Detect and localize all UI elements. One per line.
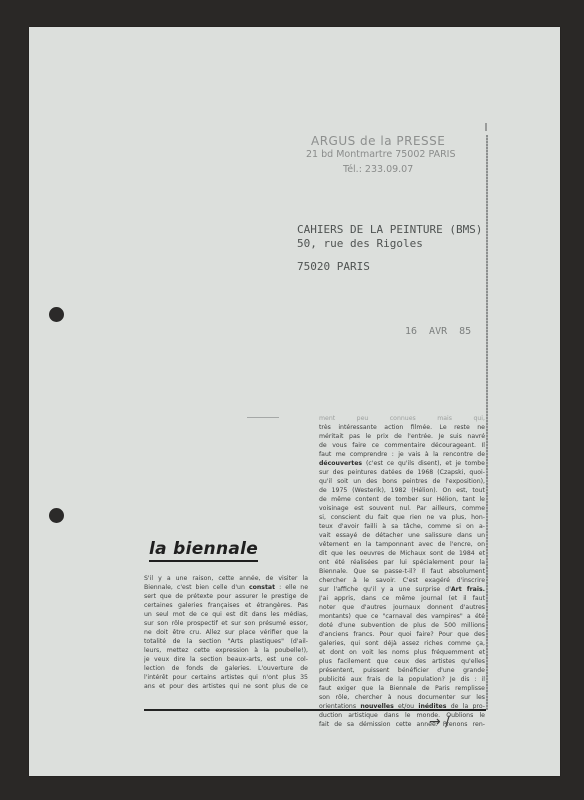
article-line: ans et pour des artistes qui ne sont plu…: [144, 682, 308, 691]
article-line: doté d'une subvention de plus de 500 mil…: [319, 621, 485, 630]
article-line: Biennale, c'est bien celle d'un constat …: [144, 583, 308, 592]
punch-hole: [49, 508, 64, 523]
recipient-name: CAHIERS DE LA PEINTURE (BMS): [297, 223, 482, 236]
article-line: l'intérêt pour certains artistes qui n'o…: [144, 673, 308, 682]
punch-hole: [49, 307, 64, 322]
article-line: faut exiger que la Biennale de Paris rem…: [319, 684, 485, 693]
recipient-city: 75020 PARIS: [297, 260, 370, 273]
article-line: montants) que ce "carnaval des vampires"…: [319, 612, 485, 621]
article-line: et dont on voit les noms plus fréquemmen…: [319, 648, 485, 657]
article-bottom-rule: [144, 709, 486, 711]
article-line: J'ai appris, dans ce même journal (et il…: [319, 594, 485, 603]
article-line: sert que de prétexte pour assurer le pre…: [144, 592, 308, 601]
stamp-address: 21 bd Montmartre 75002 PARIS: [306, 149, 456, 160]
article-left-column: S'il y a une raison, cette année, de vis…: [144, 574, 308, 691]
article-line: totalité de la section "Arts plastiques"…: [144, 637, 308, 646]
article-line: son rôle, chercher à nous documenter sur…: [319, 693, 485, 702]
article-line: qu'il soit un des bons peintres de l'exp…: [319, 477, 485, 486]
article-line-faded: ment peu connues mais qui,: [319, 414, 485, 423]
article-line: certaines galeries françaises et étrangè…: [144, 601, 308, 610]
article-line: duction artistique dans le monde. Oublio…: [319, 711, 485, 720]
article-line: ont été réalisées par lui spécialement p…: [319, 558, 485, 567]
stamp-agency-name: ARGUS de la PRESSE: [311, 134, 445, 148]
article-line: publicité aux frais de la population? Je…: [319, 675, 485, 684]
short-divider: [247, 417, 279, 418]
article-headline: la biennale: [149, 540, 258, 562]
scanned-page: ARGUS de la PRESSE 21 bd Montmartre 7500…: [29, 27, 560, 776]
clipping-edge-tick: [485, 123, 487, 131]
article-line: teux d'avoir failli à sa tâche, comme si…: [319, 522, 485, 531]
article-line: noter que d'autres journaux donnent d'au…: [319, 603, 485, 612]
article-line: ne doit être cru. Allez sur place vérifi…: [144, 628, 308, 637]
article-line: Biennale. Que se passe-t-il? Il faut abs…: [319, 567, 485, 576]
article-line: découvertes (c'est ce qu'ils disent), et…: [319, 459, 485, 468]
article-line: vêtement en la tamponnant avec de l'encr…: [319, 540, 485, 549]
article-line: sur son rôle prospectif et sur son présu…: [144, 619, 308, 628]
article-line: de 1975 (Westerik), 1982 (Hélion). On es…: [319, 486, 485, 495]
article-line: présentent, puissent bénéficier d'une gr…: [319, 666, 485, 675]
article-line: sur des peintures datées de 1968 (Czapsk…: [319, 468, 485, 477]
article-line: sur l'affiche qu'il y a une surprise d'A…: [319, 585, 485, 594]
article-line: si, conscient du fait que rien ne va plu…: [319, 513, 485, 522]
article-line: de vous faire ce commentaire découragean…: [319, 441, 485, 450]
article-line: je veux dire la section beaux-arts, est …: [144, 655, 308, 664]
date-stamp: 16 AVR 85: [405, 326, 471, 337]
article-line: de même content de tomber sur Hélion, ta…: [319, 495, 485, 504]
clipping-edge-line: [486, 135, 488, 710]
article-line: voisinage est souvent nul. Par ailleurs,…: [319, 504, 485, 513]
article-line: très intéressante action filmée. Le rest…: [319, 423, 485, 432]
article-line: d'anciens francs. Pour quoi faire? Pour …: [319, 630, 485, 639]
stamp-phone: Tél.: 233.09.07: [343, 164, 413, 175]
article-line: lection de fonds de galeries. L'ouvertur…: [144, 664, 308, 673]
article-line: vait essayé de détacher une salissure da…: [319, 531, 485, 540]
article-line: fait de sa démission cette année. Prenon…: [319, 720, 485, 729]
article-line: S'il y a une raison, cette année, de vis…: [144, 574, 308, 583]
article-line: chercher à le savoir. C'est exagéré d'in…: [319, 576, 485, 585]
article-line: plus facilement que ceux des artistes qu…: [319, 657, 485, 666]
article-line: un seul mot de ce qui est dit dans les m…: [144, 610, 308, 619]
article-line: dit que les oeuvres de Michaux sont de 1…: [319, 549, 485, 558]
article-right-column: ment peu connues mais qui,très intéressa…: [319, 414, 485, 729]
article-line: galeries, qui sont déjà assez riches com…: [319, 639, 485, 648]
recipient-street: 50, rue des Rigoles: [297, 237, 423, 250]
continue-arrow-icon: → /: [429, 714, 450, 730]
article-line: faut me comprendre : je vais à la rencon…: [319, 450, 485, 459]
article-line: méritait pas le prix de l'entrée. Je sui…: [319, 432, 485, 441]
article-line: leurs, mettez cette expression à la poub…: [144, 646, 308, 655]
